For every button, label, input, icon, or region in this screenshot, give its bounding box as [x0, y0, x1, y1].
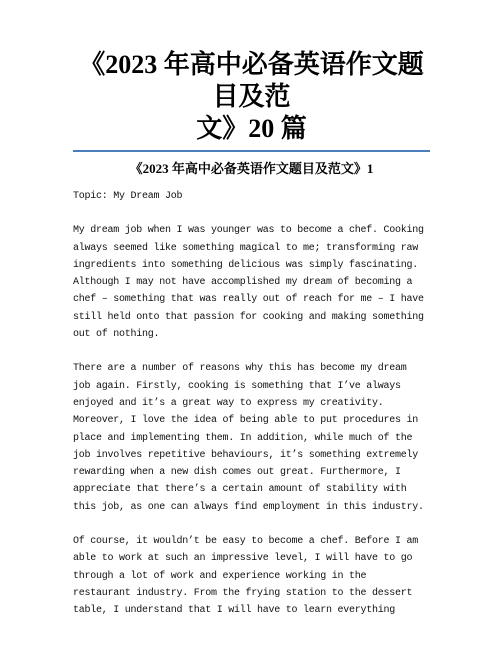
essay-paragraph: Of course, it wouldn’t be easy to become…	[73, 533, 430, 619]
essay-paragraph: There are a number of reasons why this h…	[73, 360, 430, 516]
title-divider	[73, 150, 430, 152]
essay-body: My dream job when I was younger was to b…	[73, 222, 430, 619]
document-subtitle: 《2023 年高中必备英语作文题目及范文》1	[73, 161, 430, 177]
document-page: 《2023 年高中必备英语作文题目及范 文》20 篇 《2023 年高中必备英语…	[0, 0, 502, 649]
topic-line: Topic: My Dream Job	[73, 188, 430, 205]
essay-paragraph: My dream job when I was younger was to b…	[73, 222, 430, 343]
document-title: 《2023 年高中必备英语作文题目及范 文》20 篇	[73, 0, 430, 145]
document-content: 《2023 年高中必备英语作文题目及范 文》20 篇 《2023 年高中必备英语…	[73, 0, 430, 620]
